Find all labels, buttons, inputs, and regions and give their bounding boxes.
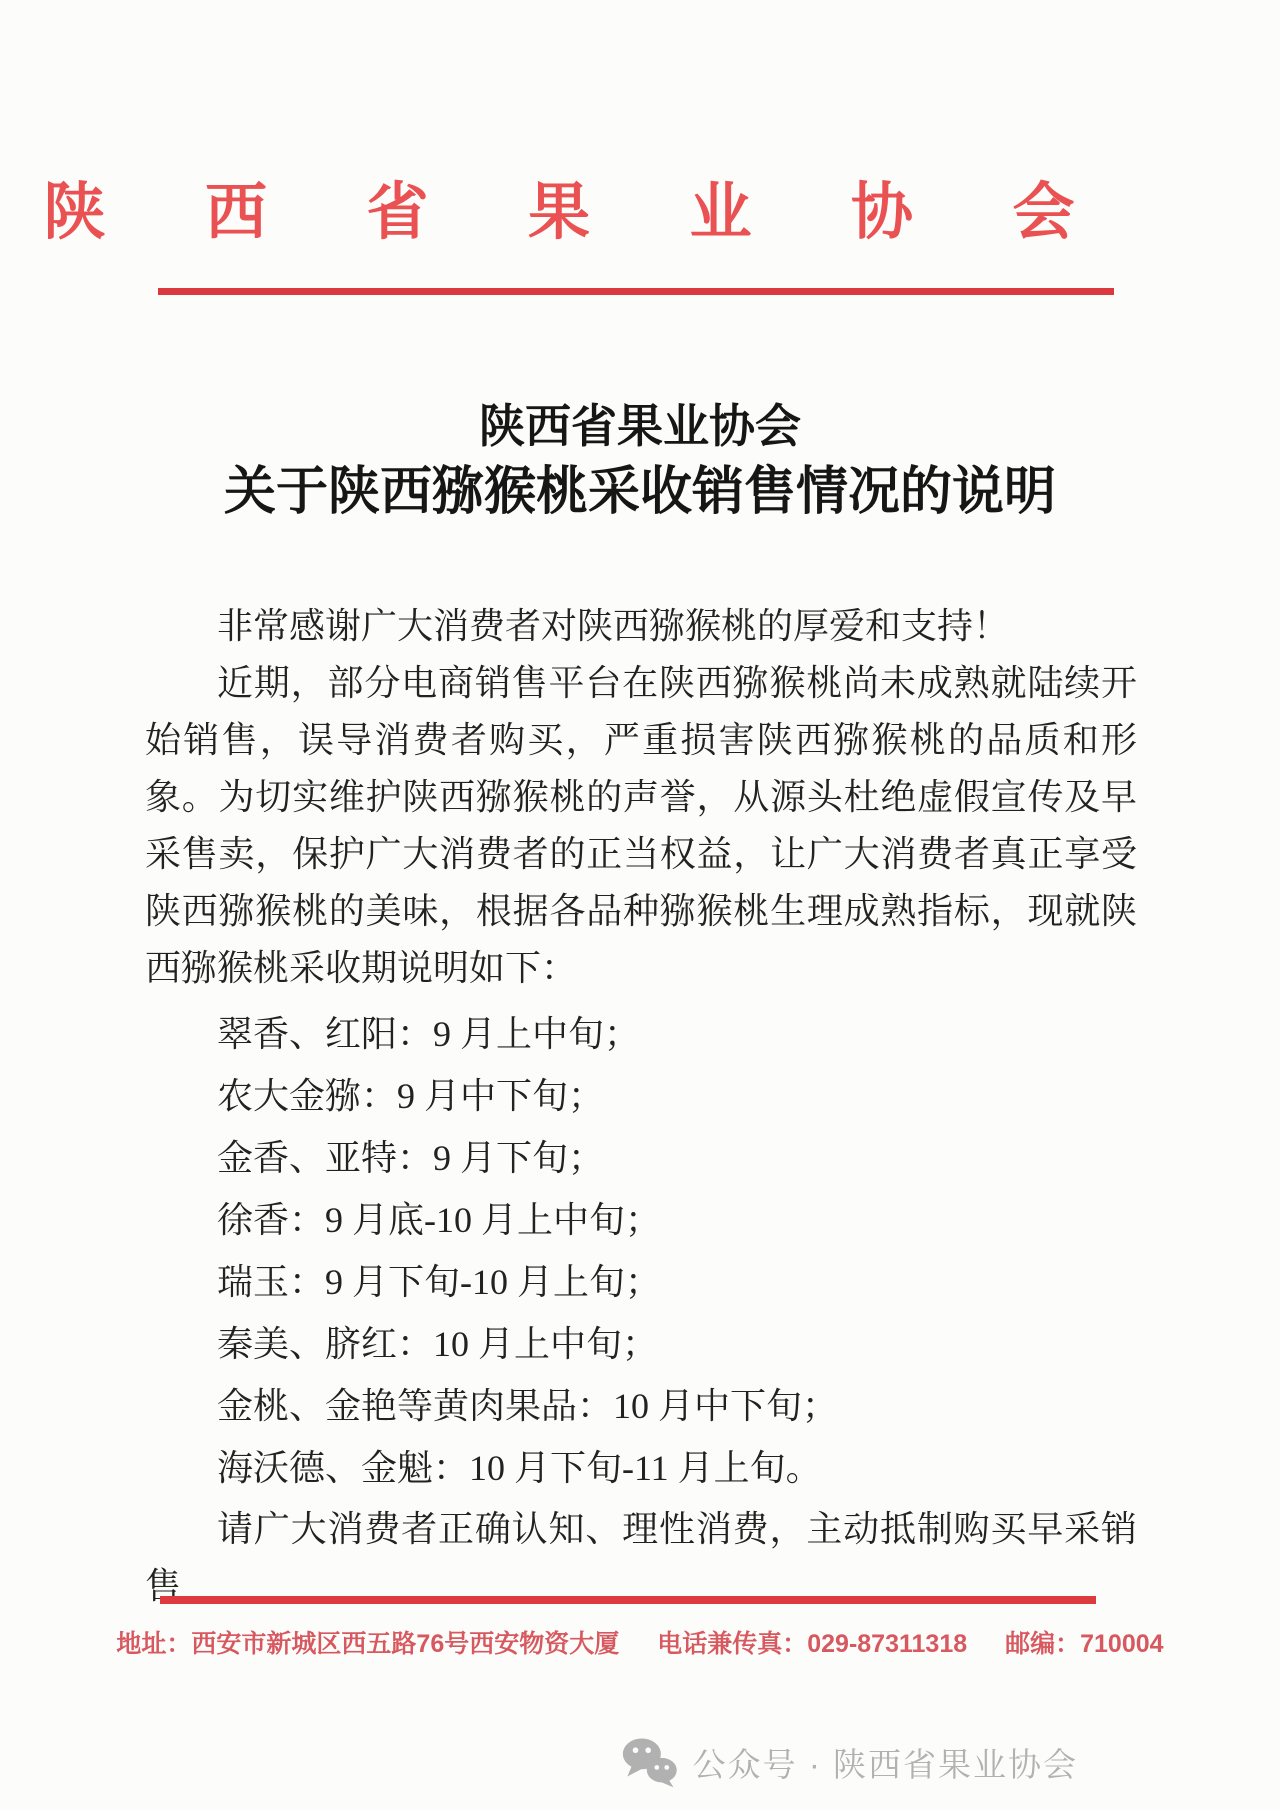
letterhead-rule	[158, 288, 1114, 295]
schedule-item: 瑞玉：9 月下旬-10 月上旬；	[145, 1251, 1137, 1313]
paragraph-thanks: 非常感谢广大消费者对陕西猕猴桃的厚爱和支持！	[145, 598, 1137, 655]
wechat-badge-label: 公众号 · 陕西省果业协会	[693, 1739, 1078, 1786]
footer-rule	[160, 1596, 1096, 1604]
document-body: 非常感谢广大消费者对陕西猕猴桃的厚爱和支持！ 近期，部分电商销售平台在陕西猕猴桃…	[145, 598, 1137, 1615]
schedule-item: 农大金猕：9 月中下旬；	[145, 1065, 1137, 1127]
schedule-item: 徐香：9 月底-10 月上中旬；	[145, 1189, 1137, 1251]
scanned-letter-page: 陕 西 省 果 业 协 会 陕西省果业协会 关于陕西猕猴桃采收销售情况的说明 非…	[0, 0, 1280, 1810]
schedule-item: 金桃、金艳等黄肉果品：10 月中下旬；	[145, 1375, 1137, 1437]
paragraph-explanation: 近期，部分电商销售平台在陕西猕猴桃尚未成熟就陆续开始销售，误导消费者购买，严重损…	[145, 655, 1137, 997]
footer-phone-fax: 电话兼传真：029-87311318	[657, 1624, 967, 1660]
schedule-item: 翠香、红阳：9 月上中旬；	[145, 1003, 1137, 1065]
document-title: 陕西省果业协会 关于陕西猕猴桃采收销售情况的说明	[0, 398, 1280, 524]
wechat-icon	[621, 1736, 679, 1788]
schedule-item: 海沃德、金魁：10 月下旬-11 月上旬。	[145, 1437, 1137, 1499]
document-title-line2: 关于陕西猕猴桃采收销售情况的说明	[0, 462, 1280, 524]
wechat-public-account-badge: 公众号 · 陕西省果业协会	[621, 1736, 1078, 1788]
schedule-item: 金香、亚特：9 月下旬；	[145, 1127, 1137, 1189]
footer-postal-code: 邮编：710004	[1005, 1624, 1163, 1660]
letterhead-association-name: 陕 西 省 果 业 协 会	[0, 162, 1280, 251]
footer-contact-info: 地址：西安市新城区西五路76号西安物资大厦 电话兼传真：029-87311318…	[0, 1624, 1280, 1660]
schedule-item: 秦美、脐红：10 月上中旬；	[145, 1313, 1137, 1375]
document-title-line1: 陕西省果业协会	[0, 398, 1280, 456]
footer-address: 地址：西安市新城区西五路76号西安物资大厦	[116, 1624, 619, 1660]
harvest-schedule-list: 翠香、红阳：9 月上中旬； 农大金猕：9 月中下旬； 金香、亚特：9 月下旬； …	[145, 1003, 1137, 1499]
